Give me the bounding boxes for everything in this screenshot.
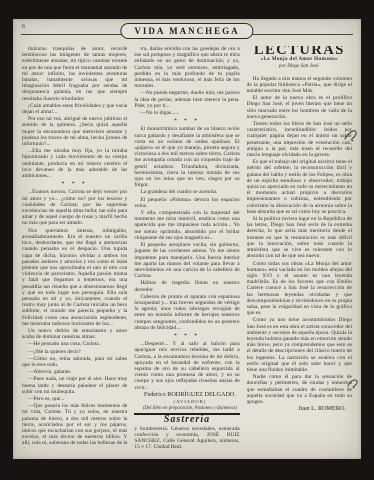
lecturas-byline: por Diego San José. <box>247 64 352 70</box>
paragraph: Como ya nos tiene acostumbrados Diego Sa… <box>247 317 352 373</box>
paragraph: El pequeño aeroplano vacila, sin gobiern… <box>134 242 239 279</box>
page: 6 VIDA MANCHEGA dulzuras tranquilas de a… <box>13 19 361 459</box>
paragraph: * * * <box>134 118 239 124</box>
paragraph: Y ella, compenetrada con la majestad del… <box>134 210 239 241</box>
scanned-magazine-page: { "colors": { "frame_bg": "#151413", "pa… <box>0 0 374 480</box>
paragraph: Hálitos de tragedia flotan en nuestro de… <box>134 280 239 292</box>
paragraph: Nos queríamos intensa, infatigable, avas… <box>22 228 127 327</box>
paragraph: —No puedo negarme, dueño mío; me parece … <box>134 90 239 109</box>
story-column-left: dulzuras tranquilas de amor, recordé tem… <box>22 46 127 448</box>
page-number: 6 <box>22 24 25 30</box>
paragraph: Un nuevo delirio de entusiasmo y amor ac… <box>22 328 127 340</box>
paragraph: ...Desperté... Y al salir al balcón para… <box>134 341 239 391</box>
paragraph: —He pensado una cosa, Carlota. <box>22 341 127 347</box>
paragraph: Si la política tuviera lugar en la Repúb… <box>247 216 352 259</box>
story-left-text: dulzuras tranquilas de amor, recordé tem… <box>22 46 127 448</box>
paragraph: El monorrítmico zumbar de un blanco avió… <box>134 126 239 188</box>
lecturas-subtitle: «La Monja del Amor Humano» <box>247 57 352 63</box>
columns-container: dulzuras tranquilas de amor, recordé tem… <box>22 46 352 448</box>
paragraph: El autor de la nueva obra es el prolífic… <box>247 95 352 120</box>
paragraph: La grandeza del cuadro se acentúa. <box>134 189 239 195</box>
masthead-title: VIDA MANCHEGA <box>120 23 253 39</box>
paragraph: —¿Me la quieres decir? <box>22 349 127 355</box>
lecturas-signature: Juan L. ROMERO. <box>247 406 352 412</box>
paragraph: Ha llegado a mis manos el segundo volume… <box>247 76 352 95</box>
paragraph: —Pues nada, un viaje por el aire. Hace m… <box>22 376 127 395</box>
lecturas-column: LECTURAS «La Monja del Amor Humano» por … <box>247 46 352 448</box>
lecturas-text: Ha llegado a mis manos el segundo volume… <box>247 76 352 407</box>
paragraph: —Que pasaría los más felices momentos de… <box>22 403 127 448</box>
paragraph: Tienen todos los libros de San José un s… <box>247 121 352 158</box>
book-note: (Del libro en preparación, Pasiones y Qu… <box>134 406 239 412</box>
lecturas-title: LECTURAS <box>247 47 352 53</box>
paragraph: ¡Cuán amables estas frivolidades y que v… <box>22 103 127 115</box>
paragraph: —Cómo no, reina adorada, para mí sabes q… <box>22 356 127 368</box>
story-author: Federico RODRÍGUEZ DELGADO. <box>134 392 239 398</box>
story-author-subtitle: (AVIADOR) <box>134 399 239 405</box>
paragraph: Es que el trabajo del original escritor … <box>247 159 352 215</box>
paragraph: ...Ella me miraba muy fija, yo la miraba… <box>22 148 127 179</box>
paragraph: —Abrevia, galante. <box>22 369 127 375</box>
paragraph: rra, darías envidia con las guedejas de … <box>134 46 239 89</box>
paragraph: —No lo digas...... <box>134 110 239 116</box>
paragraph: * * * <box>134 333 239 339</box>
paragraph: dulzuras tranquilas de amor, recordé tem… <box>22 46 127 102</box>
paragraph: * * * <box>22 181 127 187</box>
paragraph: —Pero es, que... <box>22 396 127 402</box>
paragraph: Como todas sus obras «La Monja del amor … <box>247 261 352 317</box>
paragraph: El pequeño «Paloma» devora los espacios … <box>134 197 239 209</box>
story-column-middle: rra, darías envidia con las guedejas de … <box>134 46 239 448</box>
paragraph: Cabecea de pronto el aparato con espanto… <box>134 294 239 331</box>
paragraph: ...Éramos novios, Carlota se dejó vencer… <box>22 189 127 226</box>
ad-body: y Sombrerería. Géneros novedades, esmera… <box>134 426 239 448</box>
ad-box: Sastrería y Sombrerería. Géneros novedad… <box>134 413 239 448</box>
paragraph: Por eso tal vez, abrigué de nuevo jubilo… <box>22 116 127 147</box>
ad-title: Sastrería <box>134 417 239 423</box>
story-middle-text: rra, darías envidia con las guedejas de … <box>134 46 239 392</box>
paragraph: Nadie como él para dar la sensación de d… <box>247 374 352 405</box>
